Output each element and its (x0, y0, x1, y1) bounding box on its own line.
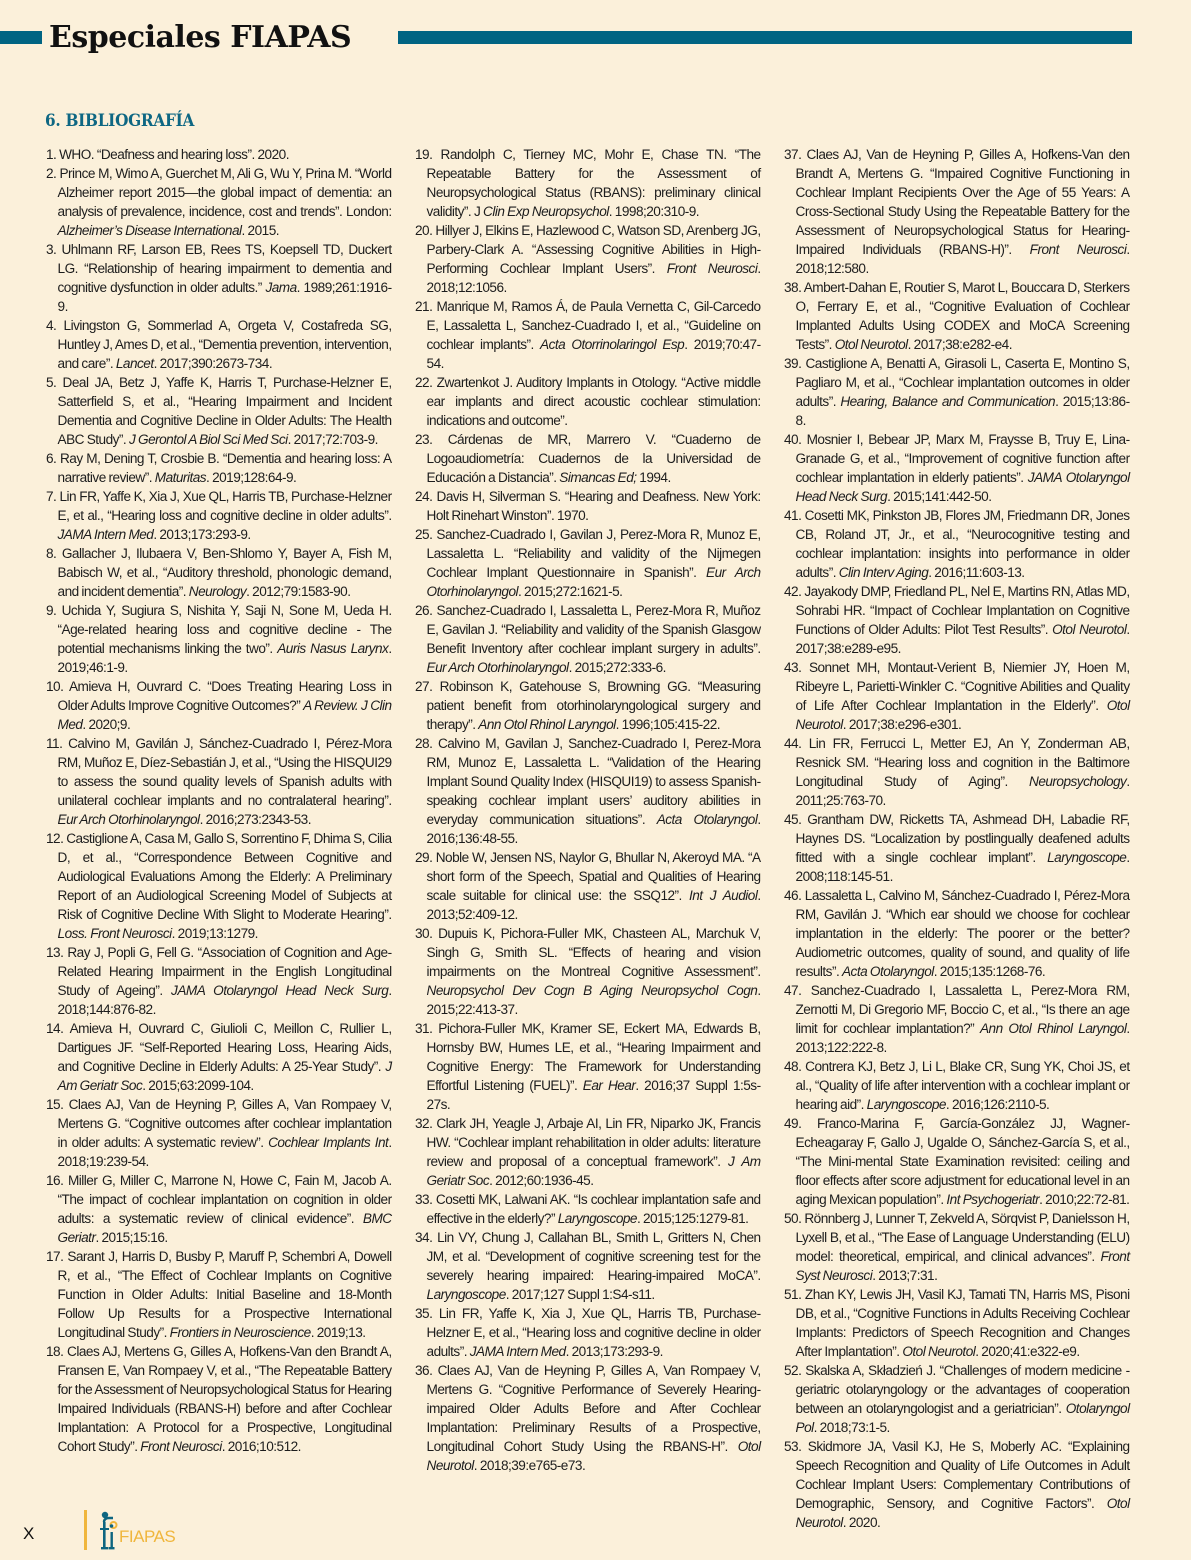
reference-citation: . 2019;128:64-9. (206, 470, 296, 486)
reference-item: 26. Sanchez-Cuadrado I, Lassaletta L, Pe… (415, 602, 761, 678)
reference-item: 21. Manrique M, Ramos Á, de Paula Vernet… (415, 298, 761, 374)
page-footer: X FIAPAS (0, 1500, 1191, 1566)
reference-text: WHO. “Deafness and hearing loss”. 2020. (59, 147, 289, 163)
reference-item: 5. Deal JA, Betz J, Yaffe K, Harris T, P… (46, 374, 392, 450)
reference-citation: . 2015;141:442-50. (887, 489, 991, 505)
reference-journal: Neuropsychol Dev Cogn B Aging Neuropsych… (427, 983, 758, 999)
reference-number: 30. (415, 926, 432, 942)
reference-journal: Laryngoscope (867, 1097, 946, 1113)
reference-journal: Alzheimer’s Disease International (58, 223, 242, 239)
reference-item: 44. Lin FR, Ferrucci L, Metter EJ, An Y,… (784, 735, 1130, 811)
reference-number: 3. (46, 242, 56, 258)
reference-citation: . 2013;7:31. (872, 1268, 937, 1284)
reference-number: 14. (46, 1021, 63, 1037)
reference-number: 28. (415, 736, 432, 752)
reference-journal: Front Neurosci (140, 1439, 221, 1455)
reference-item: 25. Sanchez-Cuadrado I, Gavilan J, Perez… (415, 526, 761, 602)
reference-number: 16. (46, 1173, 63, 1189)
reference-citation: . 1996;105:415-22. (616, 717, 720, 733)
reference-citation: . 2017;127 Suppl 1:S4-s11. (506, 1287, 655, 1303)
reference-item: 10. Amieva H, Ouvrard C. “Does Treating … (46, 678, 392, 735)
reference-journal: Acta Otolaryngol (842, 964, 934, 980)
reference-item: 52. Skalska A, Składzień J. “Challenges … (784, 1362, 1130, 1438)
reference-text: Lin VY, Chung J, Callahan BL, Smith L, G… (427, 1230, 761, 1284)
reference-text: Lin FR, Yaffe K, Xia J, Xue QL, Harris T… (58, 489, 392, 524)
reference-number: 1. (46, 147, 56, 163)
reference-number: 19. (415, 147, 432, 163)
reference-item: 14. Amieva H, Ouvrard C, Giulioli C, Mei… (46, 1020, 392, 1096)
reference-journal: Laryngoscope (427, 1287, 506, 1303)
reference-item: 19. Randolph C, Tierney MC, Mohr E, Chas… (415, 146, 761, 222)
reference-journal: Simancas Ed; (559, 470, 636, 486)
reference-journal: Laryngoscope (558, 1211, 637, 1227)
reference-item: 43. Sonnet MH, Montaut-Verient B, Niemie… (784, 659, 1130, 735)
reference-item: 12. Castiglione A, Casa M, Gallo S, Sorr… (46, 830, 392, 944)
reference-item: 7. Lin FR, Yaffe K, Xia J, Xue QL, Harri… (46, 488, 392, 545)
reference-journal: Laryngoscope (1047, 850, 1126, 866)
reference-number: 18. (46, 1344, 63, 1360)
reference-number: 51. (784, 1287, 801, 1303)
reference-journal: Eur Arch Otorhinolaryngol (427, 660, 569, 676)
reference-journal: Eur Arch Otorhinolaryngol (58, 812, 200, 828)
reference-citation: . 2010;22:72-81. (1039, 1192, 1129, 1208)
reference-citation: . 2019;13. (311, 1325, 366, 1341)
reference-citation: . 2015. (242, 223, 279, 239)
reference-item: 3. Uhlmann RF, Larson EB, Rees TS, Koeps… (46, 241, 392, 317)
reference-item: 30. Dupuis K, Pichora-Fuller MK, Chastee… (415, 925, 761, 1020)
reference-text: Sanchez-Cuadrado I, Lassaletta L, Perez-… (427, 603, 761, 657)
reference-number: 15. (46, 1097, 63, 1113)
reference-citation: . 2020;41:e322-e9. (975, 1344, 1079, 1360)
reference-citation: . 2017;390:2673-734. (154, 356, 272, 372)
reference-journal: Jama (265, 280, 296, 296)
page-header: Especiales FIAPAS (0, 0, 1191, 80)
reference-journal: Frontiers in Neuroscience (170, 1325, 311, 1341)
reference-number: 45. (784, 812, 801, 828)
reference-item: 32. Clark JH, Yeagle J, Arbaje AI, Lin F… (415, 1115, 761, 1191)
reference-journal: JAMA Intern Med (470, 1344, 566, 1360)
reference-journal: JAMA Intern Med (58, 527, 154, 543)
reference-number: 50. (784, 1211, 801, 1227)
reference-item: 9. Uchida Y, Sugiura S, Nishita Y, Saji … (46, 602, 392, 678)
reference-number: 10. (46, 679, 63, 695)
reference-citation: . 2020;9. (82, 717, 130, 733)
reference-journal: Clin Exp Neuropsychol (483, 204, 609, 220)
reference-number: 35. (415, 1306, 432, 1322)
reference-citation: . 2016;126:2110-5. (946, 1097, 1049, 1113)
reference-citation: . 2015;125:1279-81. (637, 1211, 748, 1227)
reference-number: 49. (784, 1116, 801, 1132)
reference-citation: . 2018;39:e765-e73. (474, 1458, 585, 1474)
reference-journal: Neuropsychology (1029, 774, 1126, 790)
reference-item: 28. Calvino M, Gavilan J, Sanchez-Cuadra… (415, 735, 761, 849)
reference-number: 46. (784, 888, 801, 904)
reference-item: 23. Cárdenas de MR, Marrero V. “Cuaderno… (415, 431, 761, 488)
reference-citation: . 2015;15:16. (95, 1230, 167, 1246)
reference-item: 18. Claes AJ, Mertens G, Gilles A, Hofke… (46, 1343, 392, 1457)
reference-item: 39. Castiglione A, Benatti A, Girasoli L… (784, 355, 1130, 431)
reference-text: Dupuis K, Pichora-Fuller MK, Chasteen AL… (427, 926, 761, 980)
reference-number: 36. (415, 1363, 432, 1379)
reference-journal: Ann Otol Rhinol Laryngol (980, 1021, 1126, 1037)
fiapas-logo-text: FIAPAS (119, 1527, 175, 1547)
reference-number: 47. (784, 983, 801, 999)
reference-item: 46. Lassaletta L, Calvino M, Sánchez-Cua… (784, 887, 1130, 982)
reference-journal: Otol Neurotol (835, 337, 908, 353)
reference-item: 8. Gallacher J, Ilubaera V, Ben-Shlomo Y… (46, 545, 392, 602)
reference-item: 6. Ray M, Dening T, Crosbie B. “Dementia… (46, 450, 392, 488)
reference-journal: J Gerontol A Biol Sci Med Sci (129, 432, 288, 448)
reference-text: Calvino M, Gavilán J, Sánchez-Cuadrado I… (58, 736, 392, 809)
page-number: X (23, 1524, 34, 1544)
reference-citation: . 1998;20:310-9. (609, 204, 699, 220)
reference-number: 44. (784, 736, 801, 752)
reference-text: Miller G, Miller C, Marrone N, Howe C, F… (58, 1173, 392, 1227)
reference-item: 17. Sarant J, Harris D, Busby P, Maruff … (46, 1248, 392, 1343)
reference-item: 48. Contrera KJ, Betz J, Li L, Blake CR,… (784, 1058, 1130, 1115)
reference-number: 23. (415, 432, 432, 448)
reference-number: 20. (415, 223, 432, 239)
reference-item: 49. Franco-Marina F, García-González JJ,… (784, 1115, 1130, 1210)
bibliography-column-3: 37. Claes AJ, Van de Heyning P, Gilles A… (784, 146, 1130, 1533)
reference-journal: Acta Otolaryngol (657, 812, 758, 828)
reference-number: 41. (784, 508, 801, 524)
reference-number: 6. (46, 451, 56, 467)
reference-journal: Maturitas (155, 470, 206, 486)
reference-number: 42. (784, 584, 801, 600)
reference-journal: JAMA Otolaryngol Head Neck Surg (171, 983, 388, 999)
reference-citation: . 2016;10:512. (222, 1439, 301, 1455)
reference-number: 48. (784, 1059, 801, 1075)
reference-journal: Ann Otol Rhinol Laryngol (478, 717, 615, 733)
reference-number: 4. (46, 318, 56, 334)
reference-citation: . 2015;135:1268-76. (934, 964, 1045, 980)
reference-citation: . 2012;79:1583-90. (246, 584, 350, 600)
footer-divider (84, 1510, 87, 1550)
reference-item: 13. Ray J, Popli G, Fell G. “Association… (46, 944, 392, 1020)
reference-journal: Int J Audiol (689, 888, 757, 904)
reference-number: 38. (784, 280, 801, 296)
reference-number: 31. (415, 1021, 432, 1037)
reference-number: 2. (46, 166, 56, 182)
reference-item: 42. Jayakody DMP, Friedland PL, Nel E, M… (784, 583, 1130, 659)
reference-journal: Loss. Front Neurosci (58, 926, 172, 942)
reference-number: 22. (415, 375, 432, 391)
reference-item: 34. Lin VY, Chung J, Callahan BL, Smith … (415, 1229, 761, 1305)
reference-item: 1. WHO. “Deafness and hearing loss”. 202… (46, 146, 392, 165)
reference-number: 12. (46, 831, 63, 847)
reference-text: Claes AJ, Van de Heyning P, Gilles A, Va… (427, 1363, 761, 1455)
reference-number: 7. (46, 489, 56, 505)
publication-title: Especiales FIAPAS (49, 20, 351, 56)
reference-journal: Auris Nasus Larynx (277, 641, 388, 657)
reference-text: Prince M, Wimo A, Guerchet M, Ali G, Wu … (58, 166, 392, 220)
reference-number: 11. (46, 736, 62, 752)
reference-number: 9. (46, 603, 56, 619)
reference-citation: 1994. (637, 470, 671, 486)
reference-number: 5. (46, 375, 56, 391)
reference-number: 39. (784, 356, 801, 372)
reference-text: Amieva H, Ouvrard C, Giulioli C, Meillon… (58, 1021, 392, 1075)
reference-journal: Front Neurosci (667, 261, 758, 277)
reference-item: 24. Davis H, Silverman S. “Hearing and D… (415, 488, 761, 526)
reference-number: 32. (415, 1116, 432, 1132)
reference-number: 17. (46, 1249, 63, 1265)
reference-journal: Lancet (116, 356, 154, 372)
reference-text: Rönnberg J, Lunner T, Zekveld A, Sörqvis… (796, 1211, 1130, 1265)
reference-number: 53. (784, 1439, 801, 1455)
reference-number: 40. (784, 432, 801, 448)
reference-text: Sonnet MH, Montaut-Verient B, Niemier JY… (796, 660, 1130, 714)
reference-item: 31. Pichora-Fuller MK, Kramer SE, Eckert… (415, 1020, 761, 1115)
reference-item: 16. Miller G, Miller C, Marrone N, Howe … (46, 1172, 392, 1248)
reference-number: 21. (415, 299, 432, 315)
reference-journal: Acta Otorrinolaringol Esp (540, 337, 684, 353)
reference-item: 37. Claes AJ, Van de Heyning P, Gilles A… (784, 146, 1130, 279)
reference-journal: Hearing, Balance and Communication (840, 394, 1055, 410)
reference-item: 47. Sanchez-Cuadrado I, Lassaletta L, Pe… (784, 982, 1130, 1058)
reference-item: 11. Calvino M, Gavilán J, Sánchez-Cuadra… (46, 735, 392, 830)
reference-journal: Neurology (189, 584, 246, 600)
reference-citation: . 2019;13:1279. (172, 926, 258, 942)
bibliography-column-1: 1. WHO. “Deafness and hearing loss”. 202… (46, 146, 392, 1457)
reference-item: 33. Cosetti MK, Lalwani AK. “Is cochlear… (415, 1191, 761, 1229)
reference-citation: . 2013;173:293-9. (566, 1344, 663, 1360)
reference-item: 22. Zwartenkot J. Auditory Implants in O… (415, 374, 761, 431)
reference-item: 20. Hillyer J, Elkins E, Hazlewood C, Wa… (415, 222, 761, 298)
reference-item: 29. Noble W, Jensen NS, Naylor G, Bhulla… (415, 849, 761, 925)
reference-number: 29. (415, 850, 432, 866)
reference-journal: Front Neurosci (1030, 242, 1127, 258)
reference-item: 50. Rönnberg J, Lunner T, Zekveld A, Sör… (784, 1210, 1130, 1286)
reference-journal: Clin Interv Aging (839, 565, 928, 581)
reference-journal: Otol Neurotol (1052, 622, 1126, 638)
reference-item: 40. Mosnier I, Bebear JP, Marx M, Frayss… (784, 431, 1130, 507)
reference-journal: Otol Neurotol (902, 1344, 975, 1360)
reference-item: 45. Grantham DW, Ricketts TA, Ashmead DH… (784, 811, 1130, 887)
reference-text: Zwartenkot J. Auditory Implants in Otolo… (427, 375, 761, 429)
reference-number: 27. (415, 679, 432, 695)
bibliography-columns: 1. WHO. “Deafness and hearing loss”. 202… (46, 146, 1136, 1486)
reference-number: 34. (415, 1230, 432, 1246)
reference-number: 37. (784, 147, 801, 163)
reference-citation: . 2017;38:e296-e301. (843, 717, 961, 733)
reference-number: 33. (415, 1192, 432, 1208)
reference-item: 51. Zhan KY, Lewis JH, Vasil KJ, Tamati … (784, 1286, 1130, 1362)
reference-journal: Int Psychogeriatr (946, 1192, 1039, 1208)
reference-citation: . 2017;72:703-9. (288, 432, 378, 448)
reference-number: 25. (415, 527, 432, 543)
section-heading: 6. BIBLIOGRAFÍA (45, 111, 194, 131)
reference-item: 35. Lin FR, Yaffe K, Xia J, Xue QL, Harr… (415, 1305, 761, 1362)
reference-item: 38. Ambert-Dahan E, Routier S, Marot L, … (784, 279, 1130, 355)
reference-item: 36. Claes AJ, Van de Heyning P, Gilles A… (415, 1362, 761, 1476)
bibliography-column-2: 19. Randolph C, Tierney MC, Mohr E, Chas… (415, 146, 761, 1476)
reference-citation: . 2017;38:e282-e4. (908, 337, 1012, 353)
reference-citation: . 2013;173:293-9. (153, 527, 250, 543)
reference-item: 41. Cosetti MK, Pinkston JB, Flores JM, … (784, 507, 1130, 583)
reference-number: 24. (415, 489, 432, 505)
reference-number: 13. (46, 945, 63, 961)
reference-item: 15. Claes AJ, Van de Heyning P, Gilles A… (46, 1096, 392, 1172)
reference-text: Castiglione A, Casa M, Gallo S, Sorrenti… (58, 831, 392, 923)
reference-number: 52. (784, 1363, 801, 1379)
reference-number: 26. (415, 603, 432, 619)
reference-item: 27. Robinson K, Gatehouse S, Browning GG… (415, 678, 761, 735)
reference-item: 2. Prince M, Wimo A, Guerchet M, Ali G, … (46, 165, 392, 241)
reference-number: 43. (784, 660, 801, 676)
reference-journal: Ear Hear (583, 1078, 636, 1094)
page-edge (0, 1560, 1191, 1566)
reference-citation: . 2016;273:2343-53. (200, 812, 311, 828)
reference-journal: Cochlear Implants Int (268, 1135, 388, 1151)
reference-citation: . 2015;272:1621-5. (518, 584, 622, 600)
reference-text: Davis H, Silverman S. “Hearing and Deafn… (427, 489, 761, 524)
header-bar-left (0, 31, 42, 44)
reference-citation: . 2018;73:1-5. (814, 1420, 890, 1436)
reference-citation: . 2012;60:1936-45. (489, 1173, 593, 1189)
reference-number: 8. (46, 546, 56, 562)
reference-citation: . 2016;11:603-13. (928, 565, 1024, 581)
header-bar-right (398, 31, 1132, 44)
reference-citation: . 2015;272:333-6. (569, 660, 666, 676)
reference-text: Clark JH, Yeagle J, Arbaje AI, Lin FR, N… (427, 1116, 761, 1170)
reference-citation: . 2015;63:2099-104. (142, 1078, 253, 1094)
reference-item: 4. Livingston G, Sommerlad A, Orgeta V, … (46, 317, 392, 374)
